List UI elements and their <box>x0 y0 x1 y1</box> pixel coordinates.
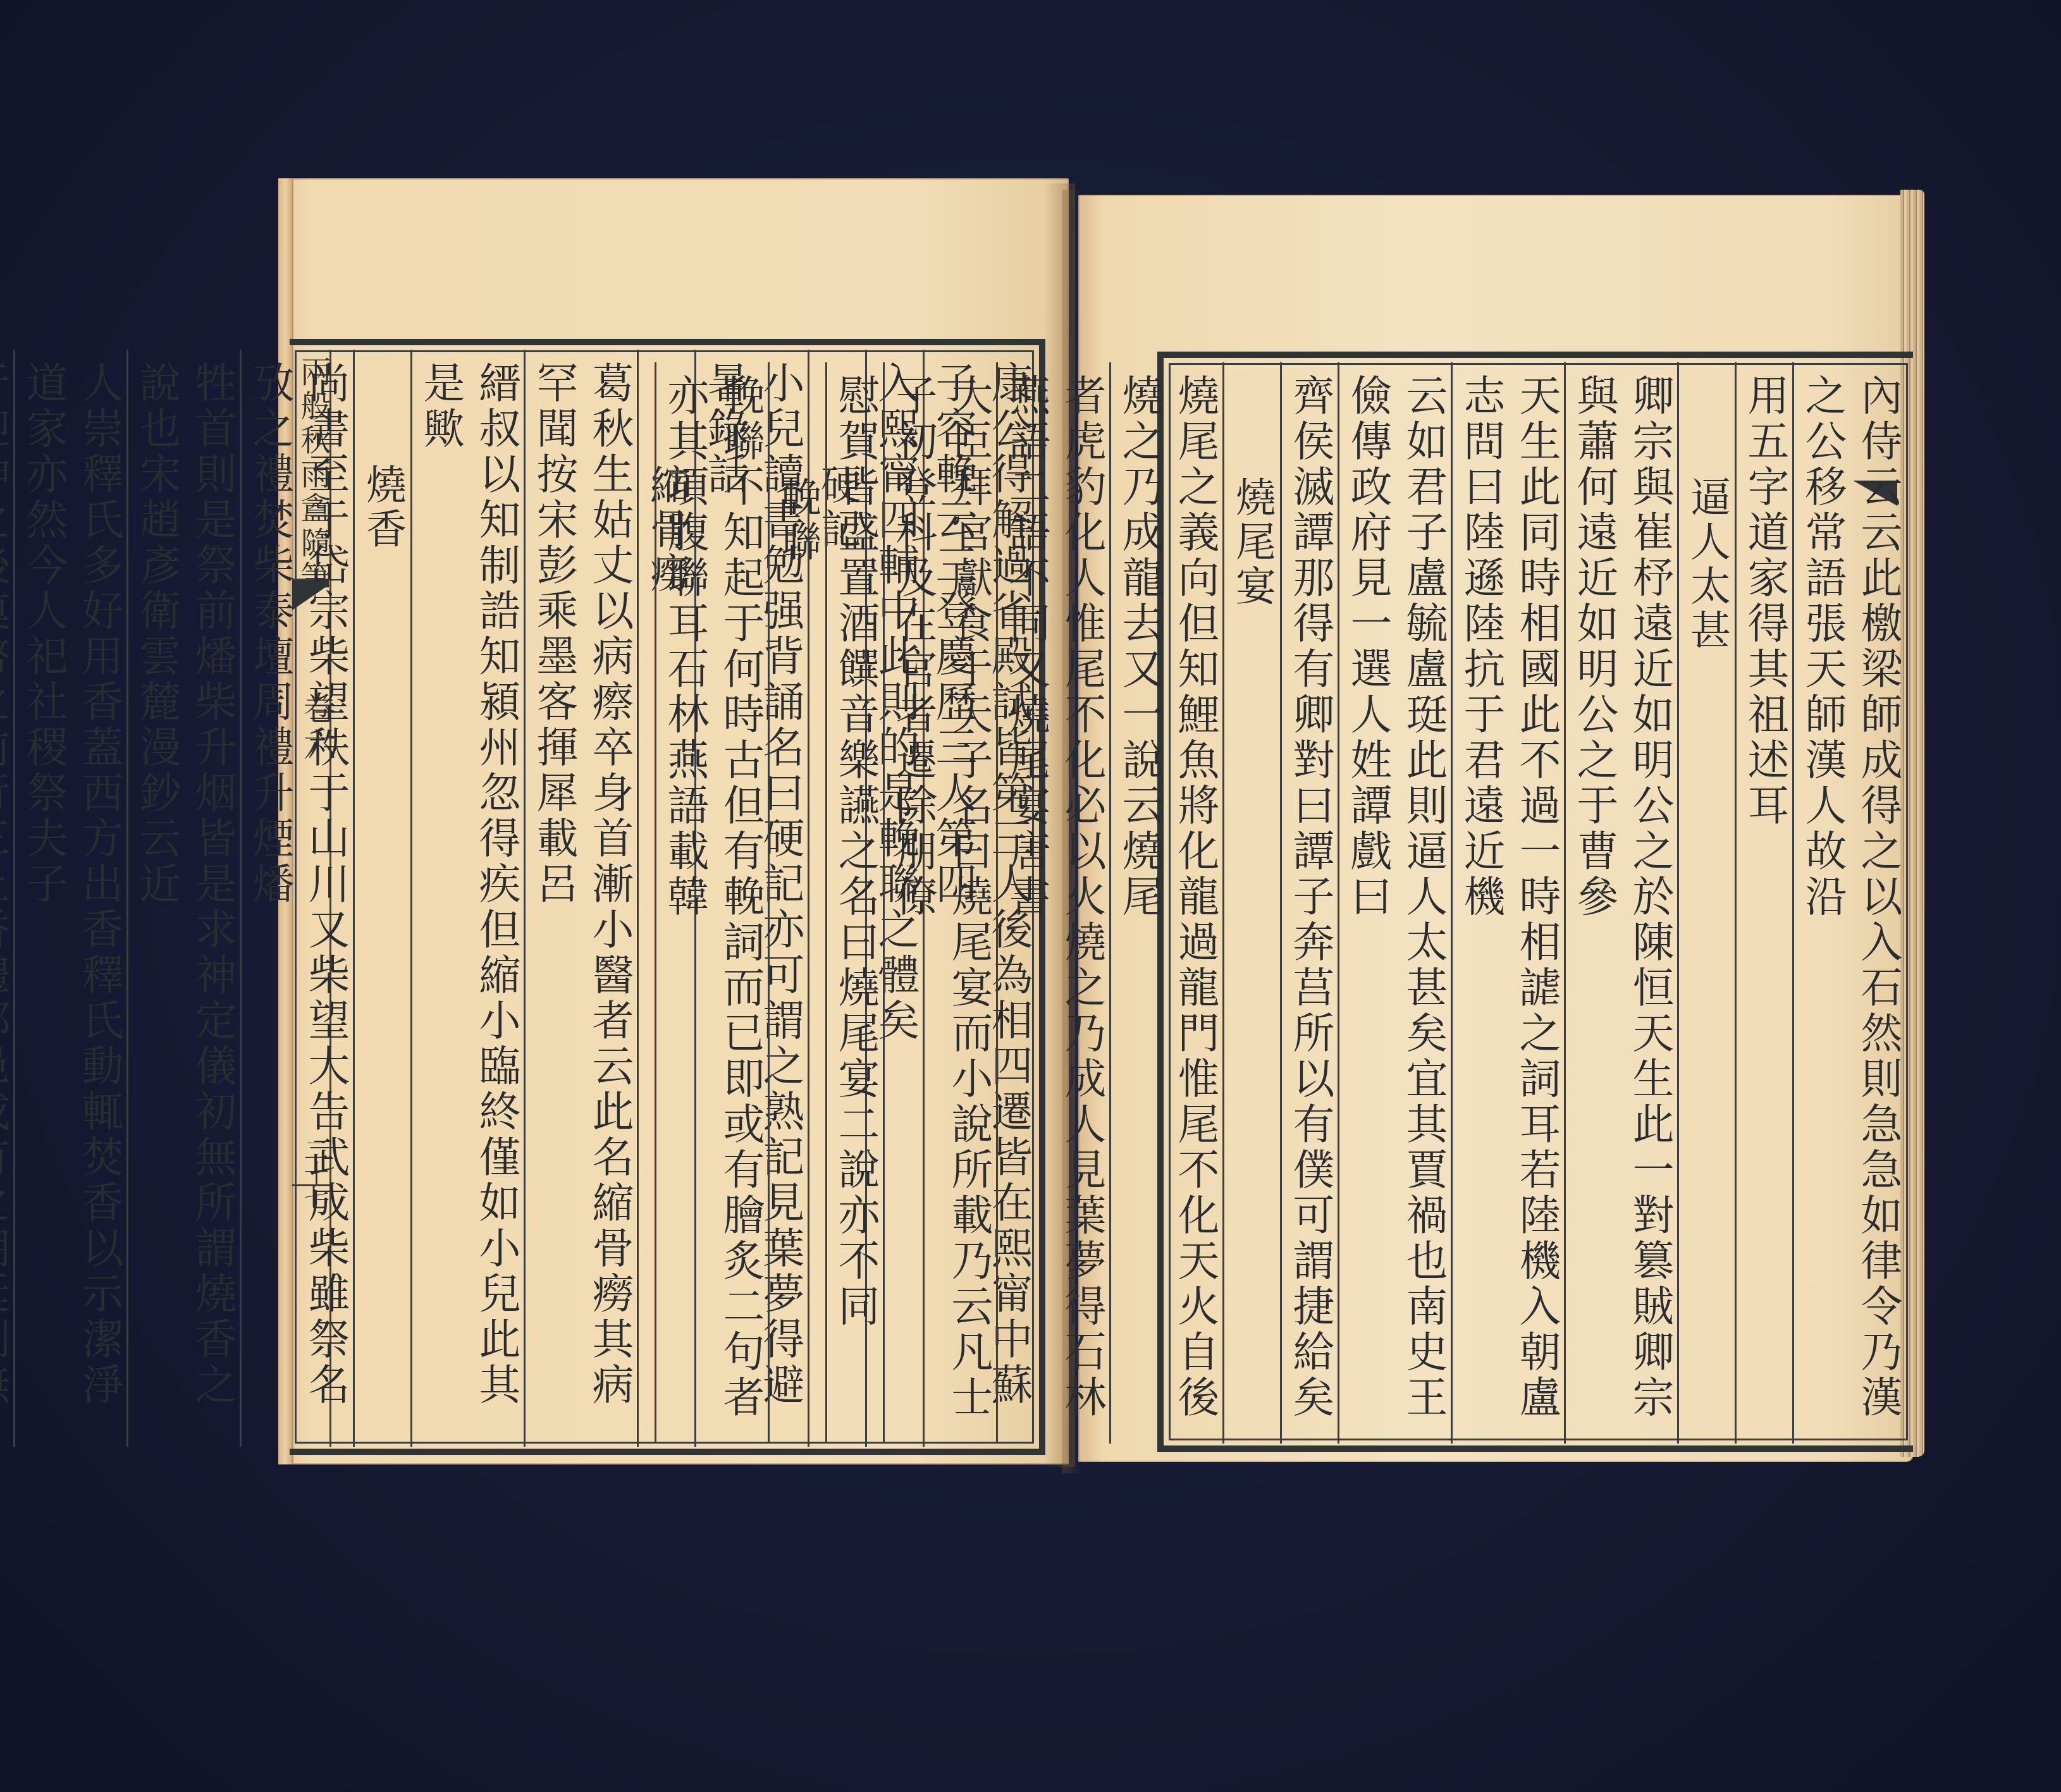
section-heading: 燒尾宴 <box>1222 362 1280 1444</box>
section-heading: 逼人太甚 <box>1677 362 1735 1444</box>
section-heading: 輓聯 <box>768 362 825 1444</box>
text-column: 尚書至于岱宗柴望秩于山川又柴望大告武成柴雖祭名攷之禮焚柴泰壇周禮升煙燔 <box>240 350 353 1447</box>
text-column: 慰賀皆盛置酒饌音樂讌之名曰燒尾宴二說亦不同 <box>825 362 883 1444</box>
right-page-columns: 內侍云云此檄梁師成得之以入石然則急急如律令乃漢之公移常語張天師漢人故沿 用五字道… <box>1167 362 1905 1444</box>
text-column: 葛秋生姑丈以病瘵卒身首漸小醫者云此名縮骨癆其病罕聞按宋彭乘墨客揮犀載呂 <box>524 350 637 1447</box>
text-column: 燒尾之義向但知鯉魚將化龍過龍門惟尾不化天火自後燒之乃成龍去又一說云燒尾 <box>1109 362 1222 1444</box>
text-column: 大臣拜官獻食于天子名曰燒尾宴而小說所載乃云凡士子初登科及在官者遷除朋僚 <box>883 362 996 1444</box>
text-column: 卿宗與崔杼遠近如明公之於陳恒天生此一對篡賊卿宗與蕭何遠近如明公之于曹參 <box>1564 362 1677 1444</box>
text-column: 齊侯滅譚那得有卿對曰譚子奔莒所以有僕可謂捷給矣 <box>1280 362 1338 1444</box>
section-heading: 燒香 <box>353 350 410 1447</box>
text-column: 云如君子盧毓盧珽此則逼人太甚矣宜其賈禍也南史王儉傳政府見一選人姓譚戲曰 <box>1338 362 1451 1444</box>
text-column: 縉叔以知制誥知潁州忽得疾但縮小臨終僅如小兒此其是歟 <box>410 350 524 1447</box>
text-column: 人崇釋氏多好用香蓋西方出香釋氏動輒焚香以示潔淨道家亦然今人祀社稷祭夫子 <box>13 350 126 1447</box>
text-column: 牲首則是祭前燔柴升烟皆是求神定儀初無所謂燒香之說也宋趙彥衛雲麓漫鈔云近 <box>126 350 240 1447</box>
text-column: 者虎豹化人惟尾不化必以火燒之乃成人見葉夢得石林燕語二語不同又燒尾宴唐書 <box>996 362 1109 1444</box>
text-column: 內侍云云此檄梁師成得之以入石然則急急如律令乃漢之公移常語張天師漢人故沿 <box>1792 362 1905 1444</box>
text-column: 用五字道家得其祖述耳 <box>1735 362 1792 1444</box>
text-column: 輓聯不知起于何時古但有輓詞而已即或有膾炙二句者亦其項腹聯耳石林燕語載韓 <box>655 362 768 1444</box>
open-book: 兩般秋雨盦隨筆 卷六 二十七 康公得解過省殿試皆第三人後為相四遷皆在熙甯中蘇子容… <box>0 0 2061 1792</box>
text-column: 天生此同時相國此不過一時相謔之詞耳若陸機入朝盧志問曰陸遜陸抗于君遠近機 <box>1451 362 1564 1444</box>
text-column: 于迎神之後奠幣之前行三上香禮郡邑或有之朝廷則無是宋時猶存古也今則又不然 <box>0 350 13 1447</box>
